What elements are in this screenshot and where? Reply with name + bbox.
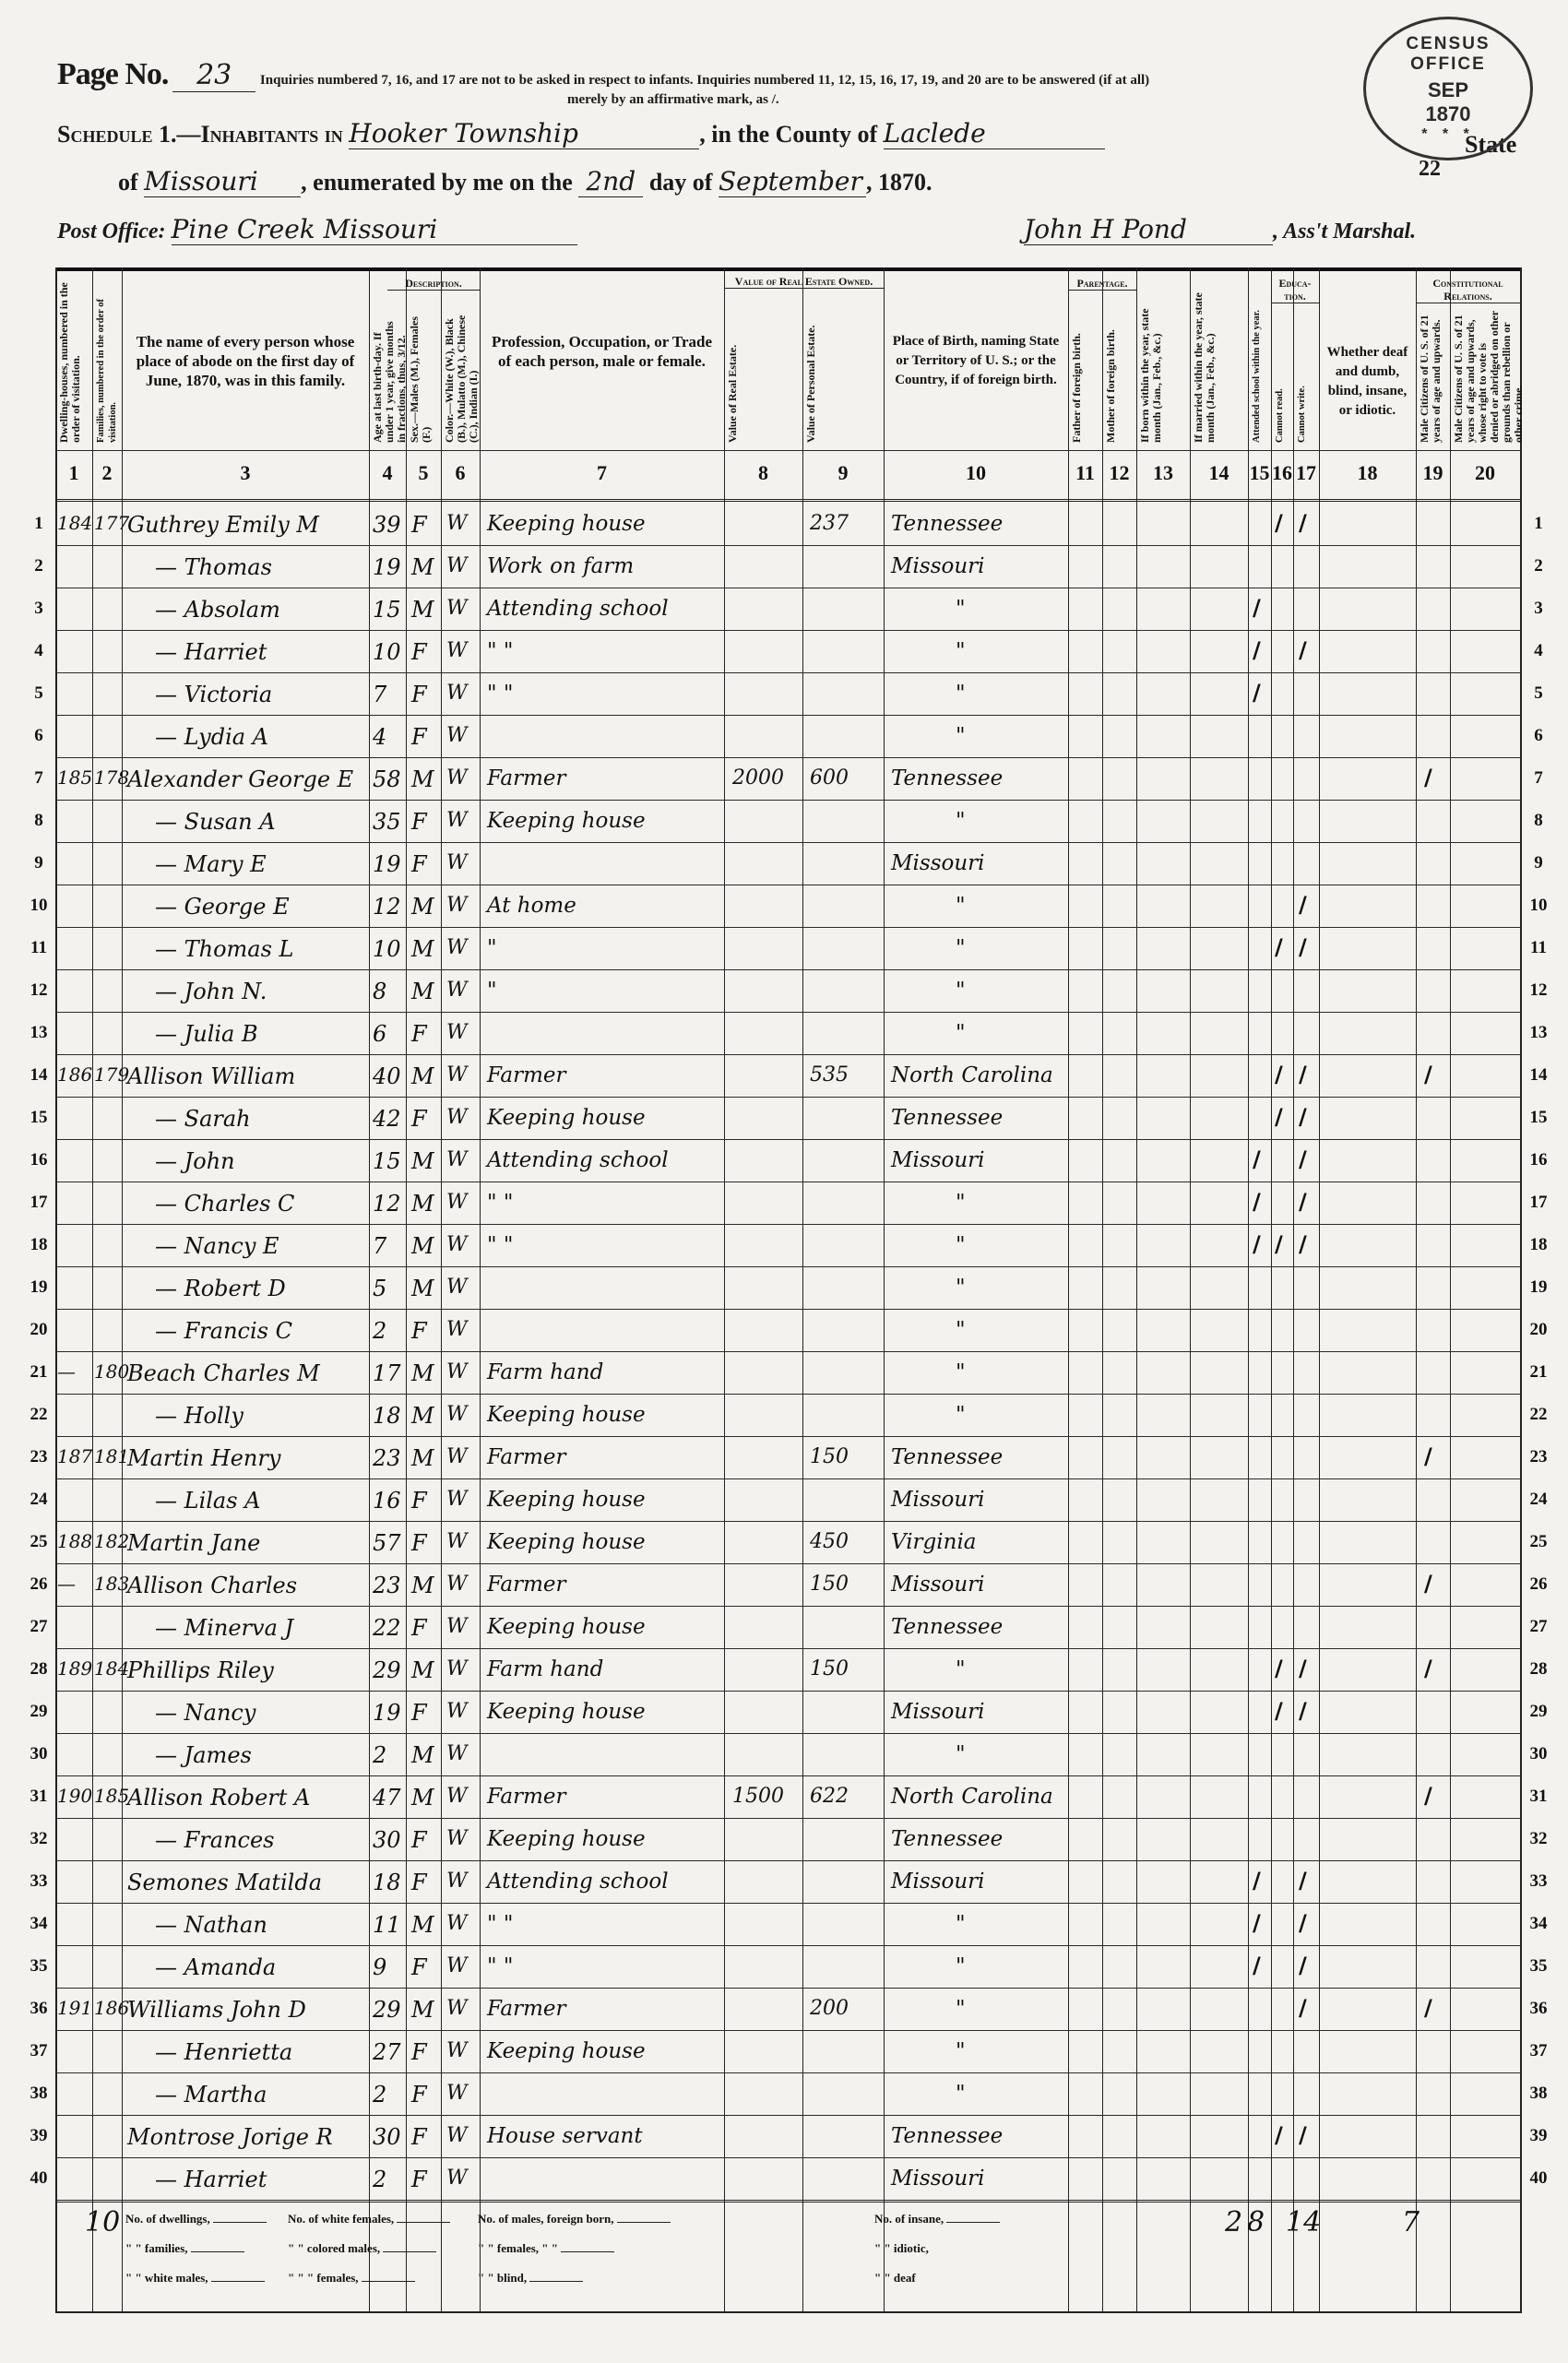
cell-sex: F xyxy=(411,2082,427,2108)
cell-dwelling: — xyxy=(57,1573,76,1595)
census-office-stamp: CENSUS OFFICE SEP 1870 * * * xyxy=(1363,17,1533,160)
cell-sex: M xyxy=(411,1912,434,1938)
row-divider xyxy=(55,450,1522,451)
cell-occupation: Keeping house xyxy=(487,1106,646,1130)
column-divider xyxy=(1068,267,1069,2311)
cell-sex: F xyxy=(411,2167,427,2192)
line-number: 11 xyxy=(1526,938,1551,958)
cell-name: — John xyxy=(155,1148,235,1174)
cell-dwelling: 187 xyxy=(57,1445,92,1467)
cell-cannot-read: / xyxy=(1275,2122,1283,2148)
column-header-9: Value of Personal Estate. xyxy=(805,310,881,443)
cell-sex: M xyxy=(411,1445,434,1471)
cell-name: — Absolam xyxy=(155,597,280,623)
cell-birthplace: Missouri xyxy=(891,851,985,875)
column-number-12: 12 xyxy=(1102,461,1136,485)
cell-birthplace: " xyxy=(956,1276,966,1300)
cell-age: 18 xyxy=(373,1403,401,1429)
row-divider xyxy=(55,1478,1522,1479)
row-divider xyxy=(55,1691,1522,1692)
line-number: 20 xyxy=(1526,1320,1551,1340)
cell-sex: F xyxy=(411,1700,427,1726)
cell-personal-estate: 237 xyxy=(810,512,849,535)
cell-dwelling: 184 xyxy=(57,512,92,534)
cell-dwelling: 188 xyxy=(57,1530,92,1552)
cell-age: 29 xyxy=(373,1657,401,1683)
line-number: 9 xyxy=(26,853,52,873)
line-number: 27 xyxy=(26,1617,52,1637)
column-number-19: 19 xyxy=(1416,461,1450,485)
column-divider xyxy=(1136,267,1137,2311)
cell-age: 15 xyxy=(373,1148,401,1174)
marshal-label: , Ass't Marshal. xyxy=(1273,220,1416,243)
cell-name: Guthrey Emily M xyxy=(127,512,319,538)
line-number: 26 xyxy=(1526,1574,1551,1595)
line-number: 12 xyxy=(26,980,52,1001)
column-number-17: 17 xyxy=(1293,461,1319,485)
cell-color: W xyxy=(446,1785,468,1808)
cell-sex: F xyxy=(411,1021,427,1047)
column-number-4: 4 xyxy=(369,461,406,485)
cell-personal-estate: 200 xyxy=(810,1997,849,2020)
row-divider xyxy=(55,1903,1522,1904)
cell-sex: M xyxy=(411,554,434,580)
line-number: 3 xyxy=(26,599,52,619)
column-number-14: 14 xyxy=(1190,461,1248,485)
cell-age: 19 xyxy=(373,554,401,580)
cell-sex: F xyxy=(411,682,427,707)
row-divider xyxy=(55,588,1522,588)
column-header-6: Color.—White (W.), Black (B.), Mulatto (… xyxy=(444,310,477,443)
county-label: , in the County of xyxy=(699,121,877,148)
cell-age: 12 xyxy=(373,1191,401,1217)
summary-idiotic: " " idiotic, xyxy=(874,2241,929,2256)
cell-age: 10 xyxy=(373,936,401,962)
line-number: 39 xyxy=(1526,2126,1551,2146)
line-number: 25 xyxy=(26,1532,52,1552)
cell-sex: M xyxy=(411,1360,434,1386)
column-number-11: 11 xyxy=(1068,461,1102,485)
line-number: 8 xyxy=(26,811,52,831)
row-divider xyxy=(55,842,1522,843)
cell-color: W xyxy=(446,2039,468,2062)
cell-occupation: Farmer xyxy=(487,1445,566,1469)
cell-occupation: Attending school xyxy=(487,597,669,621)
cell-cannot-write: / xyxy=(1299,637,1307,663)
cell-age: 19 xyxy=(373,1700,401,1726)
cell-real-estate: 1500 xyxy=(732,1785,784,1808)
cell-color: W xyxy=(446,639,468,662)
instructions-line-1: Inquiries numbered 7, 16, and 17 are not… xyxy=(260,73,1149,88)
cell-birthplace: Tennessee xyxy=(891,1615,1003,1639)
line-number: 17 xyxy=(26,1193,52,1213)
of-label: of xyxy=(118,169,138,196)
township-field: Hooker Township xyxy=(349,118,699,149)
enumeration-line: of Missouri, enumerated by me on the 2nd… xyxy=(118,166,932,197)
row-divider xyxy=(55,1224,1522,1225)
cell-school: / xyxy=(1253,1189,1261,1215)
cell-cannot-write: / xyxy=(1299,510,1307,536)
column-number-16: 16 xyxy=(1271,461,1293,485)
cell-family: 186 xyxy=(94,1997,129,2019)
cell-age: 35 xyxy=(373,809,401,835)
column-number-1: 1 xyxy=(55,461,92,485)
cell-name: Martin Jane xyxy=(127,1530,260,1556)
cell-birthplace: Missouri xyxy=(891,1148,985,1172)
summary-tally-3: 14 xyxy=(1286,2206,1321,2238)
cell-occupation: Farmer xyxy=(487,766,566,790)
line-number: 28 xyxy=(26,1659,52,1680)
cell-color: W xyxy=(446,1191,468,1214)
cell-birthplace: Tennessee xyxy=(891,1827,1003,1851)
cell-name: — Amanda xyxy=(155,1954,276,1980)
column-number-9: 9 xyxy=(802,461,884,485)
column-number-10: 10 xyxy=(884,461,1068,485)
cell-color: W xyxy=(446,1148,468,1171)
column-divider xyxy=(441,267,442,2311)
cell-occupation: Keeping house xyxy=(487,1615,646,1639)
cell-name: Beach Charles M xyxy=(127,1360,320,1386)
line-number: 4 xyxy=(1526,641,1551,661)
line-number: 14 xyxy=(1526,1065,1551,1086)
line-number: 24 xyxy=(1526,1490,1551,1510)
row-divider xyxy=(55,1563,1522,1564)
row-divider xyxy=(55,1351,1522,1352)
row-divider xyxy=(55,499,1522,502)
line-number: 2 xyxy=(1526,556,1551,576)
sheet-number: 22 xyxy=(1419,157,1441,182)
cell-sex: M xyxy=(411,1403,434,1429)
cell-birthplace: Missouri xyxy=(891,2167,985,2191)
cell-color: W xyxy=(446,1488,468,1511)
cell-birthplace: " xyxy=(956,597,966,621)
line-number: 22 xyxy=(1526,1405,1551,1425)
cell-dwelling: 191 xyxy=(57,1997,92,2019)
column-header-12: Mother of foreign birth. xyxy=(1105,310,1134,443)
row-divider xyxy=(55,1139,1522,1140)
cell-sex: F xyxy=(411,1870,427,1895)
line-number: 3 xyxy=(1526,599,1551,619)
summary-white-males: " " white males, xyxy=(125,2271,265,2286)
summary-colored-females: " " " females, xyxy=(288,2271,415,2286)
cell-name: — Henrietta xyxy=(155,2039,292,2065)
line-number: 27 xyxy=(1526,1617,1551,1637)
line-number: 18 xyxy=(26,1235,52,1255)
line-number: 9 xyxy=(1526,853,1551,873)
cell-color: W xyxy=(446,1233,468,1256)
column-divider xyxy=(1450,267,1451,2311)
cell-color: W xyxy=(446,1657,468,1680)
cell-sex: M xyxy=(411,1742,434,1768)
schedule-label: Schedule 1.—Inhabitants in xyxy=(57,121,343,148)
row-divider xyxy=(55,1945,1522,1946)
cell-school: / xyxy=(1253,1231,1261,1257)
cell-cannot-read: / xyxy=(1275,1698,1283,1724)
cell-sex: F xyxy=(411,851,427,877)
summary-blind: " " blind, xyxy=(478,2271,583,2286)
cell-family: 183 xyxy=(94,1573,129,1595)
row-divider xyxy=(55,1818,1522,1819)
line-number: 14 xyxy=(26,1065,52,1086)
summary-foreign-males: No. of males, foreign born, xyxy=(478,2212,671,2226)
cell-name: — Nathan xyxy=(155,1912,267,1938)
cell-cannot-read: / xyxy=(1275,1104,1283,1130)
cell-sex: F xyxy=(411,1530,427,1556)
cell-dwelling: 185 xyxy=(57,766,92,789)
cell-sex: M xyxy=(411,894,434,920)
cell-birthplace: " xyxy=(956,2082,966,2106)
line-number: 7 xyxy=(1526,768,1551,789)
cell-color: W xyxy=(446,1827,468,1850)
cell-name: — Nancy xyxy=(155,1700,255,1726)
cell-school: / xyxy=(1253,680,1261,706)
summary-families: " " families, xyxy=(125,2241,244,2256)
row-divider xyxy=(55,1733,1522,1734)
page-header-line: Page No. 23 Inquiries numbered 7, 16, an… xyxy=(57,57,1149,92)
row-divider xyxy=(55,1521,1522,1522)
schedule-line: Schedule 1.—Inhabitants in Hooker Townsh… xyxy=(57,118,1105,149)
cell-name: Allison Charles xyxy=(127,1573,297,1598)
line-number: 34 xyxy=(1526,1914,1551,1934)
line-number: 29 xyxy=(26,1702,52,1722)
cell-cannot-write: / xyxy=(1299,1995,1307,2021)
cell-name: — Sarah xyxy=(155,1106,251,1132)
cell-sex: F xyxy=(411,639,427,665)
cell-age: 7 xyxy=(373,1233,386,1259)
column-divider xyxy=(1271,267,1272,2311)
cell-age: 9 xyxy=(373,1954,386,1980)
column-header-18: Whether deaf and dumb, blind, insane, or… xyxy=(1324,343,1410,421)
row-divider xyxy=(55,1054,1522,1055)
cell-occupation: Farm hand xyxy=(487,1360,603,1384)
cell-cannot-write: / xyxy=(1299,1868,1307,1894)
cell-birthplace: Tennessee xyxy=(891,2124,1003,2148)
line-number: 16 xyxy=(1526,1150,1551,1170)
cell-dwelling: 186 xyxy=(57,1063,92,1086)
cell-name: Alexander George E xyxy=(127,766,353,792)
cell-family: 179 xyxy=(94,1063,129,1086)
cell-birthplace: " xyxy=(956,2039,966,2063)
row-divider xyxy=(55,2200,1522,2203)
column-number-6: 6 xyxy=(441,461,480,485)
line-number: 33 xyxy=(26,1871,52,1892)
line-number: 39 xyxy=(26,2126,52,2146)
line-number: 38 xyxy=(26,2084,52,2104)
cell-family: 182 xyxy=(94,1530,129,1552)
row-divider xyxy=(55,1436,1522,1437)
row-divider xyxy=(55,2072,1522,2073)
cell-sex: M xyxy=(411,1997,434,2023)
cell-sex: M xyxy=(411,1191,434,1217)
line-number: 30 xyxy=(1526,1744,1551,1764)
line-number: 1 xyxy=(26,514,52,534)
row-divider xyxy=(55,1860,1522,1861)
cell-school: / xyxy=(1253,1868,1261,1894)
line-number: 37 xyxy=(1526,2041,1551,2061)
row-divider xyxy=(55,927,1522,928)
cell-age: 7 xyxy=(373,682,386,707)
column-header-4: Age at last birth-day. If under 1 year, … xyxy=(372,310,403,443)
cell-cannot-read: / xyxy=(1275,934,1283,960)
cell-color: W xyxy=(446,1106,468,1129)
cell-color: W xyxy=(446,1403,468,1426)
cell-age: 39 xyxy=(373,512,401,538)
cell-school: / xyxy=(1253,595,1261,621)
cell-family: 185 xyxy=(94,1785,129,1807)
cell-age: 19 xyxy=(373,851,401,877)
cell-age: 12 xyxy=(373,894,401,920)
cell-name: — Francis C xyxy=(155,1318,292,1344)
row-divider xyxy=(55,1648,1522,1649)
cell-personal-estate: 450 xyxy=(810,1530,849,1553)
cell-birthplace: Missouri xyxy=(891,1870,985,1894)
column-number-18: 18 xyxy=(1319,461,1416,485)
line-number: 36 xyxy=(26,1999,52,2019)
cell-name: — Thomas xyxy=(155,554,272,580)
page-label: Page No. xyxy=(57,57,168,91)
cell-citizen: / xyxy=(1424,1995,1432,2021)
cell-citizen: / xyxy=(1424,1656,1432,1681)
day-field: 2nd xyxy=(578,166,643,197)
line-number: 31 xyxy=(1526,1787,1551,1807)
cell-age: 57 xyxy=(373,1530,401,1556)
cell-cannot-read: / xyxy=(1275,1231,1283,1257)
cell-birthplace: " xyxy=(956,979,966,1003)
cell-cannot-write: / xyxy=(1299,1062,1307,1087)
cell-name: — Holly xyxy=(155,1403,244,1429)
cell-color: W xyxy=(446,1954,468,1977)
column-divider xyxy=(1102,267,1103,2311)
cell-birthplace: " xyxy=(956,1318,966,1342)
cell-occupation: Attending school xyxy=(487,1148,669,1172)
cell-occupation: Keeping house xyxy=(487,809,646,833)
line-number: 30 xyxy=(26,1744,52,1764)
cell-birthplace: North Carolina xyxy=(891,1785,1053,1809)
line-number: 12 xyxy=(1526,980,1551,1001)
cell-birthplace: " xyxy=(956,1233,966,1257)
cell-dwelling: — xyxy=(57,1360,76,1383)
row-divider xyxy=(55,1606,1522,1607)
line-number: 13 xyxy=(1526,1023,1551,1043)
cell-color: W xyxy=(446,1573,468,1596)
line-number: 10 xyxy=(1526,896,1551,916)
cell-color: W xyxy=(446,1063,468,1087)
cell-occupation: " " xyxy=(487,682,513,706)
cell-sex: M xyxy=(411,979,434,1004)
column-header-19: Male Citizens of U. S. of 21 years of ag… xyxy=(1419,310,1447,443)
line-number: 15 xyxy=(1526,1108,1551,1128)
cell-name: Semones Matilda xyxy=(127,1870,322,1895)
cell-occupation: Keeping house xyxy=(487,512,646,536)
cell-color: W xyxy=(446,766,468,790)
cell-birthplace: " xyxy=(956,809,966,833)
cell-citizen: / xyxy=(1424,1571,1432,1597)
cell-sex: M xyxy=(411,1233,434,1259)
cell-color: W xyxy=(446,1318,468,1341)
column-header-2: Families, numbered in the order of visit… xyxy=(95,277,119,443)
line-number: 38 xyxy=(1526,2084,1551,2104)
line-number: 26 xyxy=(26,1574,52,1595)
row-divider xyxy=(55,1012,1522,1013)
line-number: 2 xyxy=(26,556,52,576)
cell-occupation: House servant xyxy=(487,2124,643,2148)
cell-color: W xyxy=(446,597,468,620)
column-header-3: The name of every person whose place of … xyxy=(127,332,363,390)
line-number: 23 xyxy=(26,1447,52,1467)
group-header-description: Description. xyxy=(387,277,480,291)
summary-insane: No. of insane, xyxy=(874,2212,1000,2226)
row-divider xyxy=(55,1775,1522,1776)
line-number: 18 xyxy=(1526,1235,1551,1255)
line-number: 28 xyxy=(1526,1659,1551,1680)
cell-family: 180 xyxy=(94,1360,129,1383)
line-number: 33 xyxy=(1526,1871,1551,1892)
row-divider xyxy=(55,630,1522,631)
cell-age: 2 xyxy=(373,2082,386,2108)
cell-age: 4 xyxy=(373,724,386,750)
column-header-13: If born within the year, state month (Ja… xyxy=(1139,277,1187,443)
line-number: 37 xyxy=(26,2041,52,2061)
line-number: 16 xyxy=(26,1150,52,1170)
cell-occupation: Work on farm xyxy=(487,554,634,578)
column-divider xyxy=(802,267,803,2311)
cell-color: W xyxy=(446,2124,468,2147)
summary-page-count: 10 xyxy=(85,2206,120,2238)
cell-sex: F xyxy=(411,1106,427,1132)
cell-occupation: " xyxy=(487,936,497,960)
column-header-11: Father of foreign birth. xyxy=(1071,310,1099,443)
cell-age: 30 xyxy=(373,2124,401,2150)
cell-occupation: " xyxy=(487,979,497,1003)
cell-sex: M xyxy=(411,766,434,792)
cell-age: 10 xyxy=(373,639,401,665)
cell-occupation: " " xyxy=(487,1954,513,1978)
cell-color: W xyxy=(446,554,468,577)
cell-cannot-write: / xyxy=(1299,1231,1307,1257)
cell-birthplace: " xyxy=(956,1403,966,1427)
cell-birthplace: North Carolina xyxy=(891,1063,1053,1087)
marshal-signature: John H Pond xyxy=(1024,214,1273,245)
line-number: 7 xyxy=(26,768,52,789)
cell-cannot-write: / xyxy=(1299,934,1307,960)
line-number: 29 xyxy=(1526,1702,1551,1722)
cell-name: — Martha xyxy=(155,2082,267,2108)
cell-name: — Harriet xyxy=(155,639,267,665)
cell-occupation: Keeping house xyxy=(487,1700,646,1724)
line-number: 32 xyxy=(1526,1829,1551,1849)
cell-occupation: " " xyxy=(487,1912,513,1936)
cell-occupation: Farmer xyxy=(487,1785,566,1809)
column-number-15: 15 xyxy=(1248,461,1271,485)
cell-occupation: Keeping house xyxy=(487,1530,646,1554)
line-number: 21 xyxy=(26,1362,52,1383)
cell-birthplace: Tennessee xyxy=(891,1445,1003,1469)
column-header-17: Cannot write. xyxy=(1296,310,1316,443)
cell-sex: M xyxy=(411,597,434,623)
summary-colored-males: " " colored males, xyxy=(288,2241,436,2256)
cell-birthplace: " xyxy=(956,1997,966,2021)
cell-name: — Charles C xyxy=(155,1191,294,1217)
cell-cannot-write: / xyxy=(1299,1910,1307,1936)
row-divider xyxy=(55,672,1522,673)
cell-sex: F xyxy=(411,2039,427,2065)
cell-color: W xyxy=(446,1997,468,2020)
row-divider xyxy=(55,1309,1522,1310)
cell-name: — Nancy E xyxy=(155,1233,279,1259)
cell-occupation: Farm hand xyxy=(487,1657,603,1681)
cell-age: 58 xyxy=(373,766,401,792)
cell-cannot-write: / xyxy=(1299,1146,1307,1172)
